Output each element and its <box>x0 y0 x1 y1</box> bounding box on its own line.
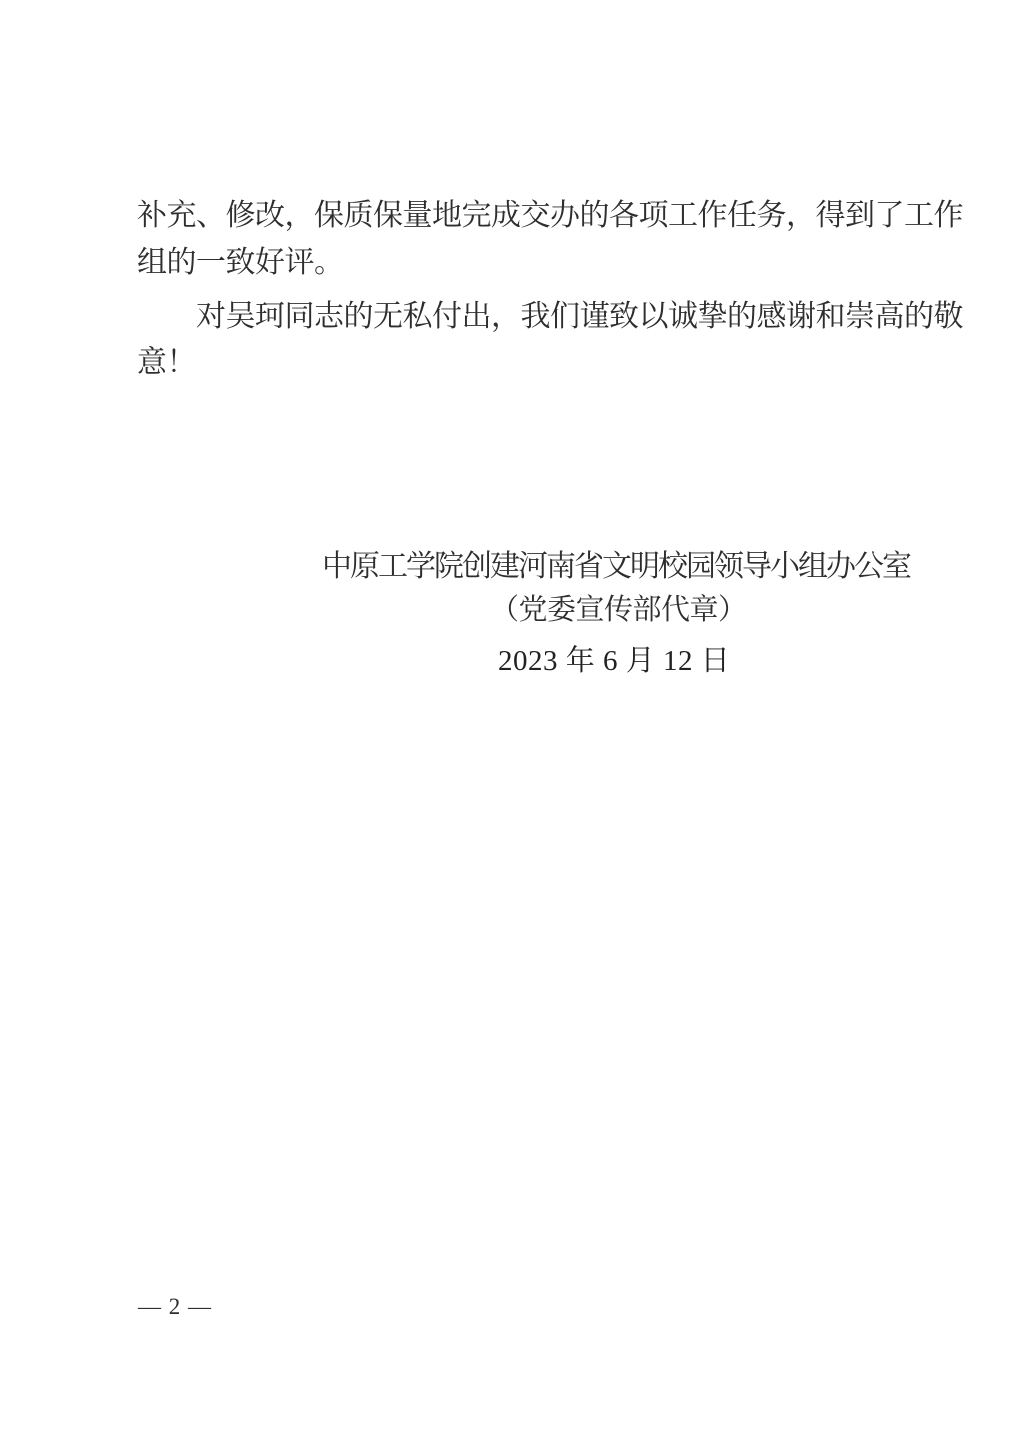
paragraph1-line1: 补充、修改，保质保量地完成交办的各项工作任务，得到了工作 <box>137 190 963 234</box>
paragraph2-line1: 对吴珂同志的无私付出，我们谨致以诚挚的感谢和崇高的敬 <box>196 291 963 335</box>
signature-seal-note: （党委宣传部代章） <box>490 587 747 628</box>
signature-date: 2023 年 6 月 12 日 <box>498 638 730 679</box>
document-page: 补充、修改，保质保量地完成交办的各项工作任务，得到了工作 组的一致好评。 对吴珂… <box>0 0 1024 1448</box>
paragraph1-line2: 组的一致好评。 <box>137 237 344 281</box>
signature-organization: 中原工学院创建河南省文明校园领导小组办公室 <box>322 541 910 585</box>
page-number: — 2 — <box>138 1294 212 1320</box>
paragraph2-line2: 意！ <box>137 337 196 381</box>
